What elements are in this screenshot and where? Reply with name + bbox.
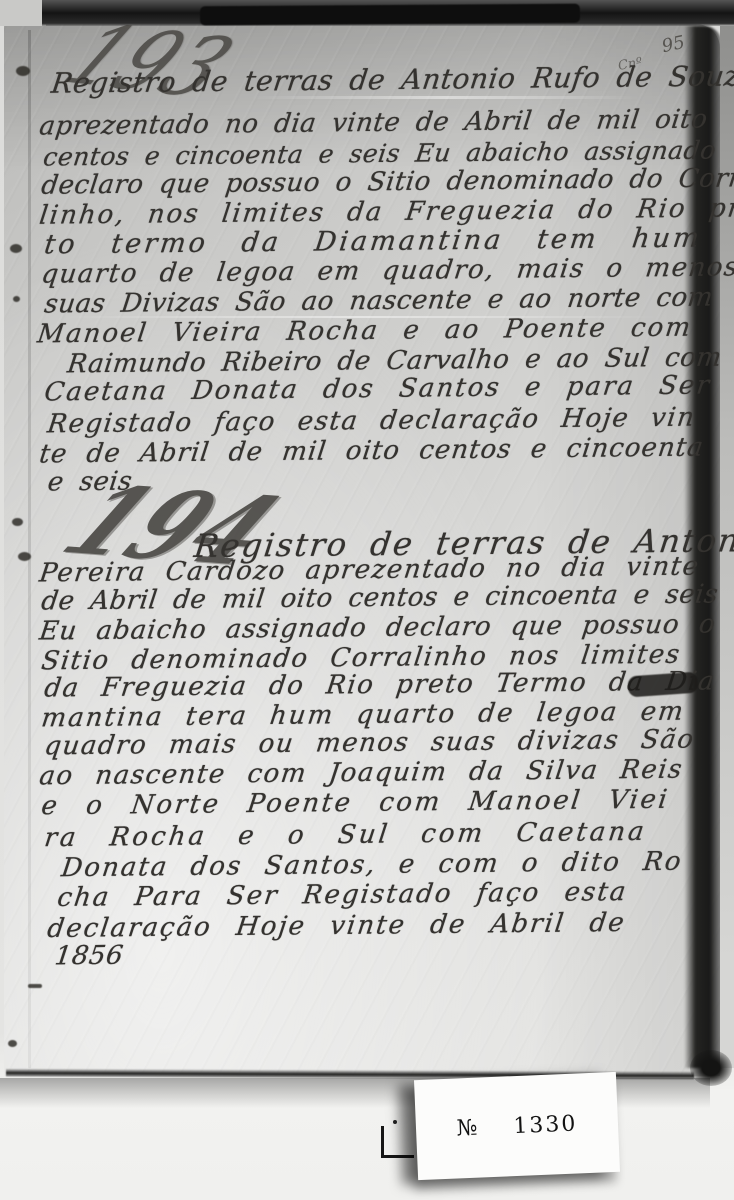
manuscript-line: Manoel Vieira Rocha e ao Poente com: [36, 315, 694, 348]
manuscript-line: ra Rocha e o Sul com Caetana: [43, 819, 649, 851]
scan-corner-blob: [690, 1050, 732, 1086]
manuscript-line: declaração Hoje vinte de Abril de: [46, 910, 627, 942]
binding-speck: [8, 1040, 17, 1047]
binding-speck: [16, 66, 30, 76]
manuscript-line: cha Para Ser Registado faço esta: [56, 879, 629, 911]
binding-speck: [10, 244, 22, 253]
binding-speck: [12, 518, 23, 526]
scan-top-left-strip: [0, 0, 46, 26]
manuscript-line: e o Norte Poente com Manoel Viei: [40, 787, 671, 820]
manuscript-line: quadro mais ou menos suas divizas São: [43, 727, 696, 760]
manuscript-line: ao nascente com Joaquim da Silva Reis: [38, 757, 685, 790]
scanned-document: 193 95 Cnº Registro de terras de Antonio…: [0, 0, 734, 1200]
manuscript-line: Registado faço esta declaração Hoje vin: [46, 405, 697, 438]
binding-crease: [28, 30, 31, 1068]
binding-speck: [28, 984, 42, 988]
binding-speck: [13, 296, 20, 302]
corner-crop-mark: [381, 1126, 414, 1158]
manuscript-line: aprezentado no dia vinte de Abril de mil…: [38, 107, 709, 140]
numero-sign: №: [456, 1115, 480, 1141]
registry-number-slip: № 1330: [414, 1072, 620, 1180]
registry-number: 1330: [513, 1111, 578, 1139]
manuscript-line: Donata dos Santos, e com o dito Ro: [60, 849, 684, 881]
scan-top-border-wedge: [200, 4, 580, 26]
corner-note-number: 95: [660, 34, 686, 56]
manuscript-line: Caetana Donata dos Santos e para Ser: [43, 373, 713, 406]
binding-speck: [18, 552, 31, 561]
crop-mark-dot: [393, 1120, 397, 1124]
manuscript-line: te de Abril de mil oito centos e cincoen…: [38, 435, 706, 468]
manuscript-line: Registro de terras de Antonio Rufo de So…: [50, 62, 734, 97]
manuscript-line: 1856: [53, 943, 125, 970]
